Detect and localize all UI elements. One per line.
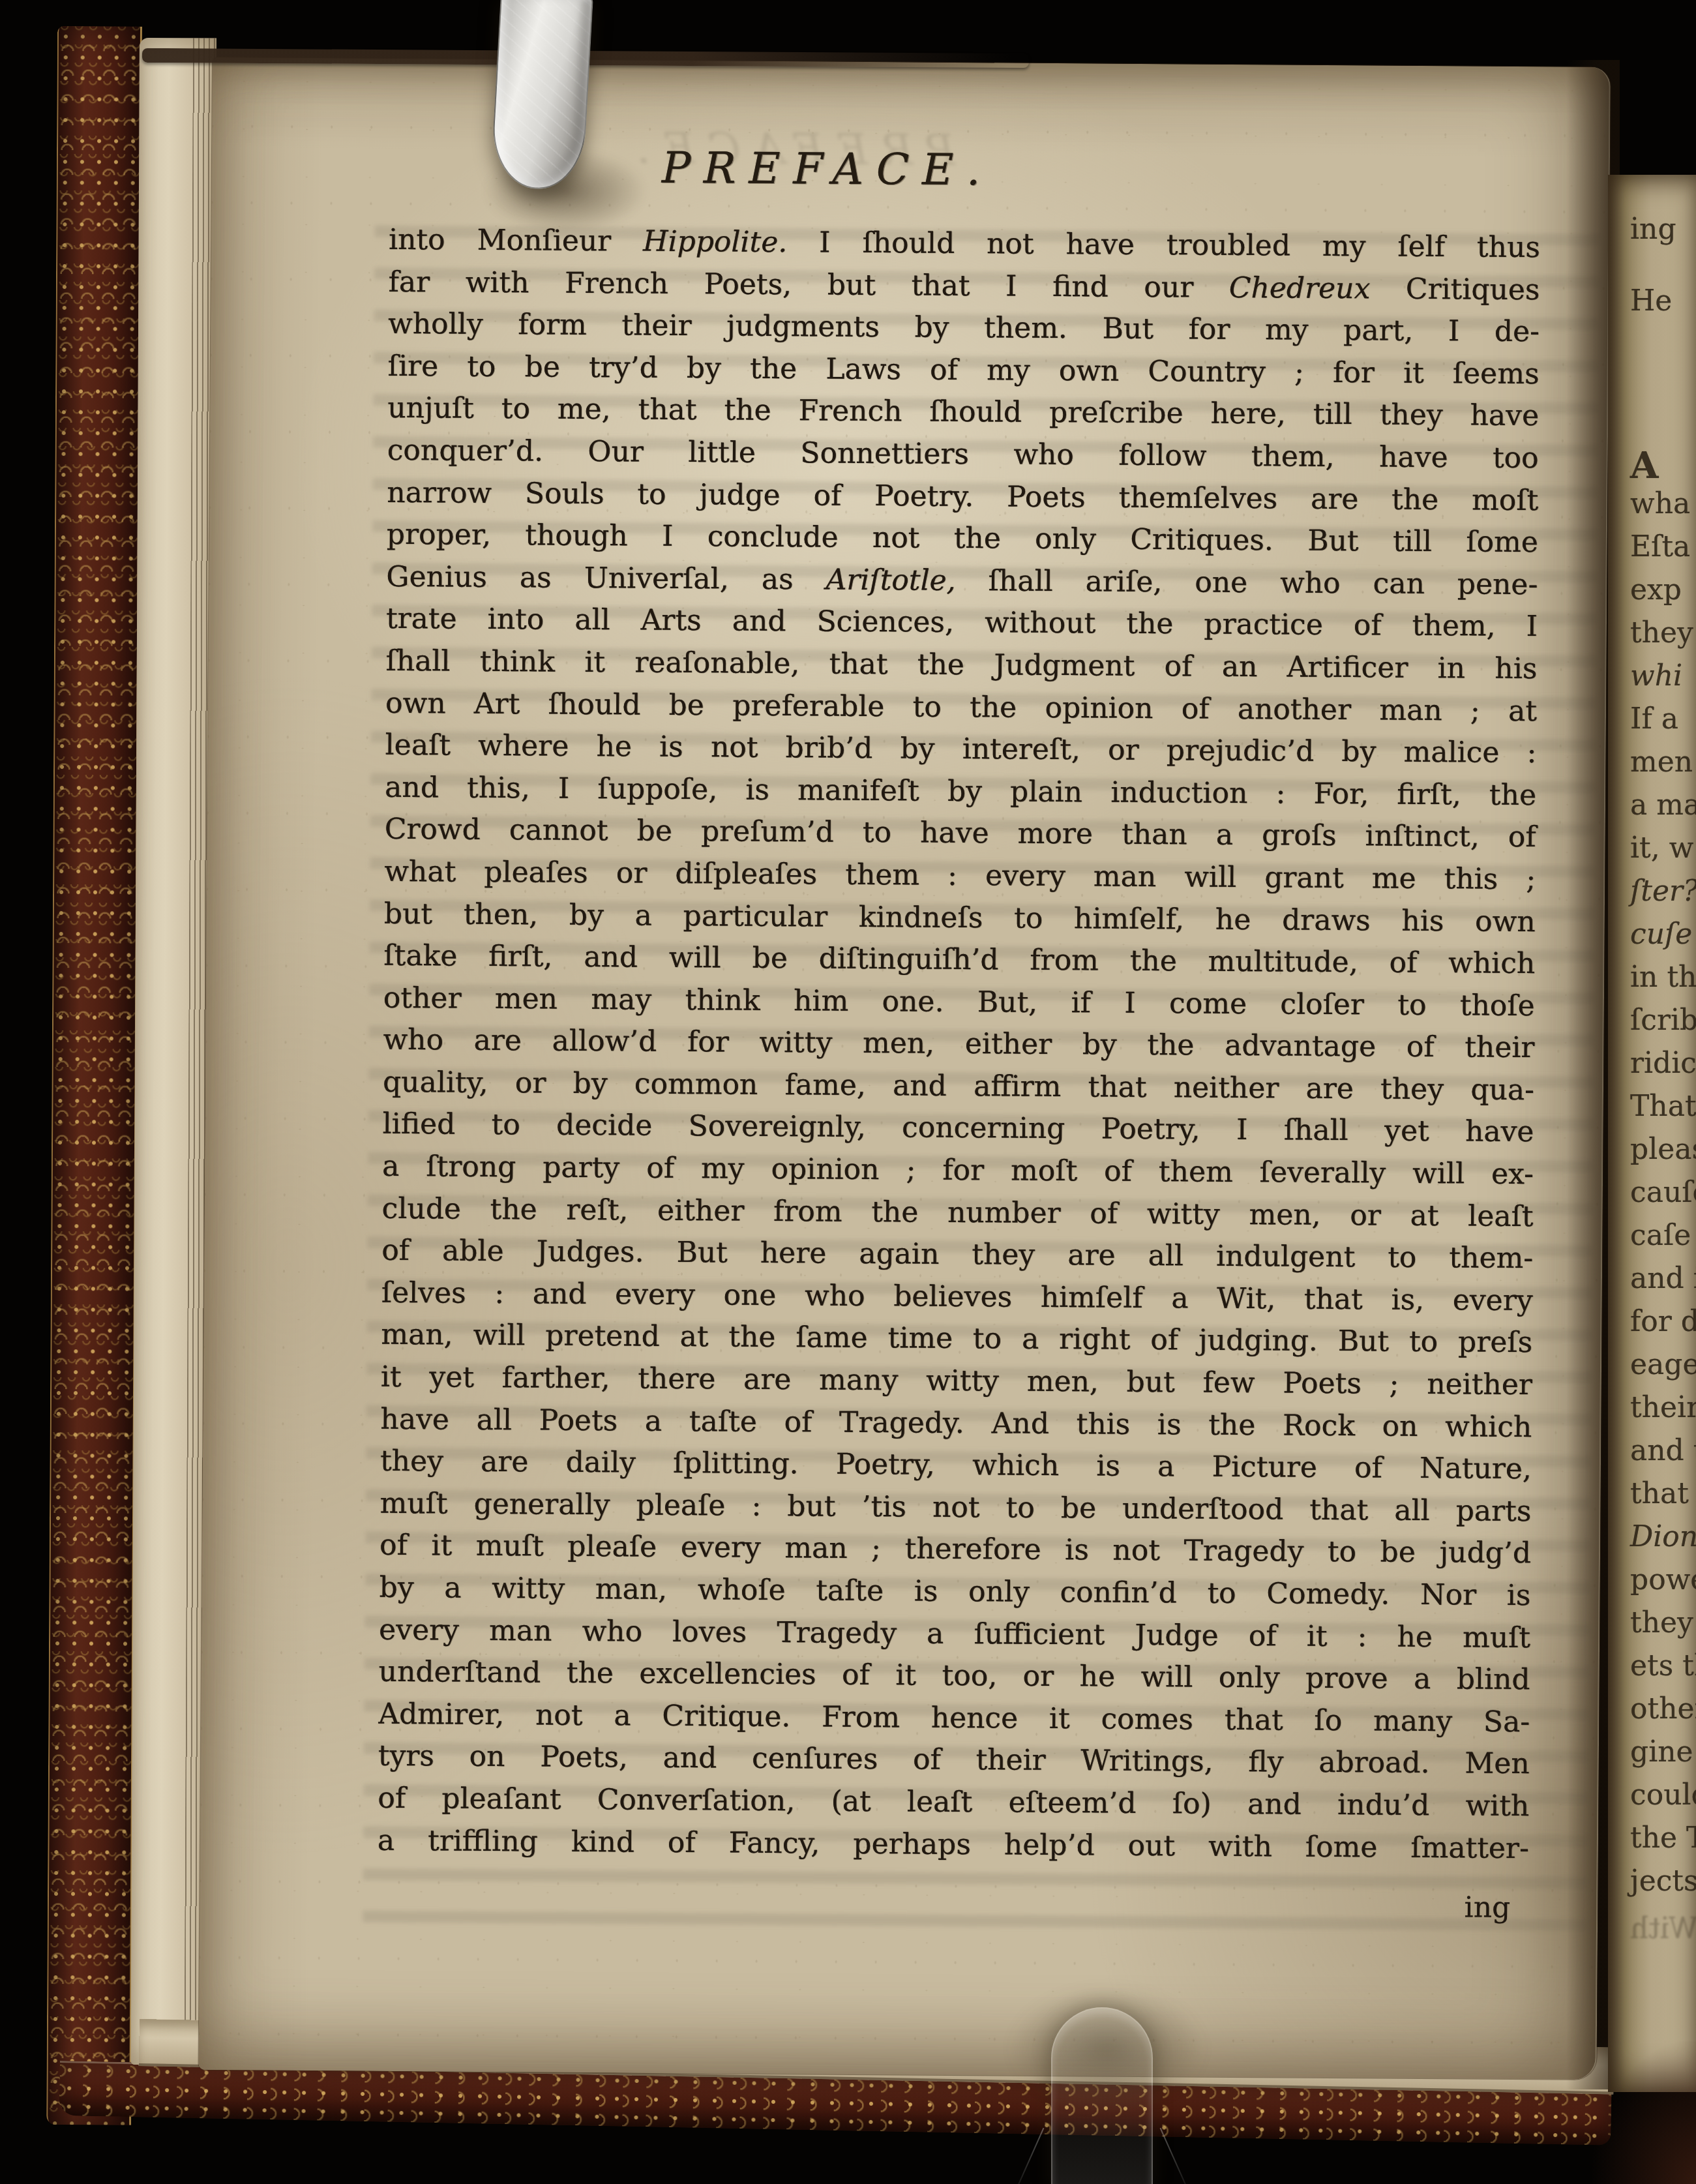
- page-fragment: they: [1630, 616, 1693, 650]
- page-fragment: men: [1630, 745, 1693, 779]
- text-block: intoMonſieurHippolite.Iſhouldnothavetrou…: [378, 219, 1541, 1870]
- page-fragment: power: [1630, 1563, 1696, 1596]
- text-line: man,willpretendattheſametimetoarightofju…: [381, 1314, 1532, 1364]
- page-fragment: and if: [1630, 1262, 1696, 1295]
- text-line: theyaredailyſplitting.Poetry,whichisaPic…: [380, 1441, 1532, 1491]
- page-fragment: cauſe: [1630, 1176, 1696, 1209]
- text-line: whatpleaſesordiſpleaſesthem:everymanwill…: [384, 851, 1536, 901]
- page-fragment: wha: [1630, 487, 1690, 520]
- book-photograph: PREFACE. PREFACE. intoMonſieurHippolite.…: [0, 0, 1696, 2184]
- page-fragment: their c: [1630, 1391, 1696, 1424]
- next-page-column: ingHeAwhaEſtaexptheywhiIf amena mait, wſ…: [1608, 175, 1696, 2092]
- page-fragment: in th: [1630, 961, 1696, 994]
- text-line: cludethereſt,eitherfromthenumberofwittym…: [381, 1188, 1533, 1238]
- text-line: muſtgenerallypleaſe:but’tisnottobeunderſ…: [379, 1483, 1531, 1533]
- page-fragment: could :: [1630, 1778, 1696, 1812]
- page-fragment: That: [1630, 1090, 1696, 1123]
- page-fragment: for da: [1630, 1305, 1696, 1338]
- page-fragment: otherwi: [1630, 1692, 1696, 1726]
- text-line: ofpleaſantConverſation,(atleaſteſteem’dſ…: [378, 1778, 1529, 1828]
- text-line: farwithFrenchPoets,butthatIfindourChedre…: [388, 261, 1540, 311]
- text-line: whoareallow’dforwittymen,eitherbytheadva…: [383, 1019, 1534, 1070]
- page-fragment: exp: [1630, 573, 1682, 606]
- text-line: everymanwholovesTragedyaſufficientJudgeo…: [379, 1609, 1530, 1659]
- page-fragment: ridicu: [1630, 1047, 1696, 1080]
- transparent-page-holder: [1051, 2007, 1153, 2184]
- text-line: GeniusasUniverſal,asAriſtotle,ſhallariſe…: [386, 556, 1538, 606]
- page-fragment: Eſta: [1630, 530, 1690, 563]
- text-line: tyrsonPoets,andcenſuresoftheirWritings,f…: [378, 1735, 1530, 1786]
- page-fragment: they pr: [1630, 1606, 1696, 1639]
- page-fragment: whi: [1630, 659, 1682, 693]
- page-fragment: eager: [1630, 1348, 1696, 1381]
- preface-page: PREFACE. PREFACE. intoMonſieurHippolite.…: [198, 57, 1610, 2080]
- page-fragment: that th: [1630, 1477, 1696, 1510]
- catchword: ing: [1464, 1891, 1510, 1924]
- text-line: ofitmuſtpleaſeeveryman;thereforeisnotTra…: [379, 1525, 1531, 1575]
- text-line: quality,orbycommonfame,andaffirmthatneit…: [383, 1062, 1534, 1112]
- text-line: othermenmaythinkhimone.But,ifIcomecloſer…: [383, 978, 1535, 1028]
- text-line: aſtrongpartyofmyopinion;formoſtofthemſev…: [382, 1146, 1534, 1196]
- page-fragment: caſe is: [1630, 1219, 1696, 1252]
- text-line: atrifflingkindofFancy,perhapshelp’doutwi…: [378, 1819, 1529, 1870]
- text-line: byawittyman,whoſetaſteisonlyconfin’dtoCo…: [379, 1567, 1530, 1617]
- text-line: proper,thoughIconcludenottheonlyCritique…: [387, 514, 1538, 564]
- page-fragment: a ma: [1630, 788, 1696, 822]
- page-fragment: ſter?: [1630, 875, 1696, 908]
- text-line: leaſtwhereheisnotbrib’dbyintereſt,orprej…: [385, 725, 1536, 775]
- text-line: conquer’d.OurlittleSonnettierswhofollowt…: [387, 430, 1539, 480]
- page-fragment: the Tyr: [1630, 1821, 1696, 1855]
- page-fragment: A: [1630, 444, 1658, 487]
- text-line: ſhallthinkitreaſonable,thattheJudgmentof…: [385, 640, 1537, 691]
- text-line: ſtakefirſt,andwillbediſtinguiſh’dfromthe…: [383, 935, 1535, 985]
- text-line: ſelves:andeveryonewhobelieveshimſelfaWit…: [381, 1272, 1533, 1323]
- text-line: ityetfarther,therearemanywittymen,butfew…: [381, 1356, 1532, 1407]
- page-fragment: Dion: [1630, 1520, 1696, 1553]
- page-fragment: ſcrib: [1630, 1004, 1696, 1037]
- text-line: haveallPoetsataſteofTragedy.Andthisisthe…: [380, 1398, 1532, 1448]
- text-line: unjuſttome,thattheFrenchſhouldpreſcribeh…: [387, 387, 1539, 438]
- text-line: ſiretobetry’dbytheLawsofmyownCountry;for…: [387, 346, 1539, 396]
- page-fragment: jects had: [1630, 1864, 1696, 1898]
- page-fragment: ing: [1630, 213, 1676, 246]
- bottom-right-leather-corner: [1592, 2041, 1696, 2184]
- page-fragment: ets they: [1630, 1649, 1696, 1683]
- page-fragment: pleas’: [1630, 1133, 1696, 1166]
- page-fragment: and th: [1630, 1434, 1696, 1467]
- text-line: andthis,Iſuppoſe,ismanifeſtbyplaininduct…: [385, 767, 1536, 817]
- text-line: ownArtſhouldbepreferabletotheopinionofan…: [385, 682, 1537, 732]
- text-line: ofableJudges.Buthereagaintheyareallindul…: [381, 1230, 1533, 1280]
- text-line: butthen,byaparticularkindneſstohimſelf,h…: [384, 893, 1536, 943]
- page-fragment: He: [1630, 284, 1672, 318]
- page-fragment: gine ; t: [1630, 1735, 1696, 1769]
- text-line: underſtandtheexcellenciesofittoo,orhewil…: [378, 1651, 1530, 1701]
- text-line: Admirer,notaCritique.Fromhenceitcomestha…: [378, 1694, 1530, 1744]
- text-line: narrowSoulstojudgeofPoetry.Poetsthemſelv…: [387, 471, 1538, 522]
- text-line: lifiedtodecideSovereignly,concerningPoet…: [382, 1103, 1534, 1154]
- text-line: trateintoallArtsandSciences,withoutthepr…: [386, 598, 1538, 648]
- page-fragment: cuſe: [1630, 918, 1692, 951]
- text-line: Crowdcannotbepreſum’dtohavemorethanagroſ…: [385, 809, 1536, 859]
- page-fragment: it, w: [1630, 831, 1693, 865]
- page-fragment: If a: [1630, 702, 1678, 736]
- text-line: whollyformtheirjudgmentsbythem.Butformyp…: [388, 303, 1540, 353]
- gilt-leather-spine: [46, 26, 142, 2125]
- fragment-showthrough: With: [1630, 1912, 1696, 1945]
